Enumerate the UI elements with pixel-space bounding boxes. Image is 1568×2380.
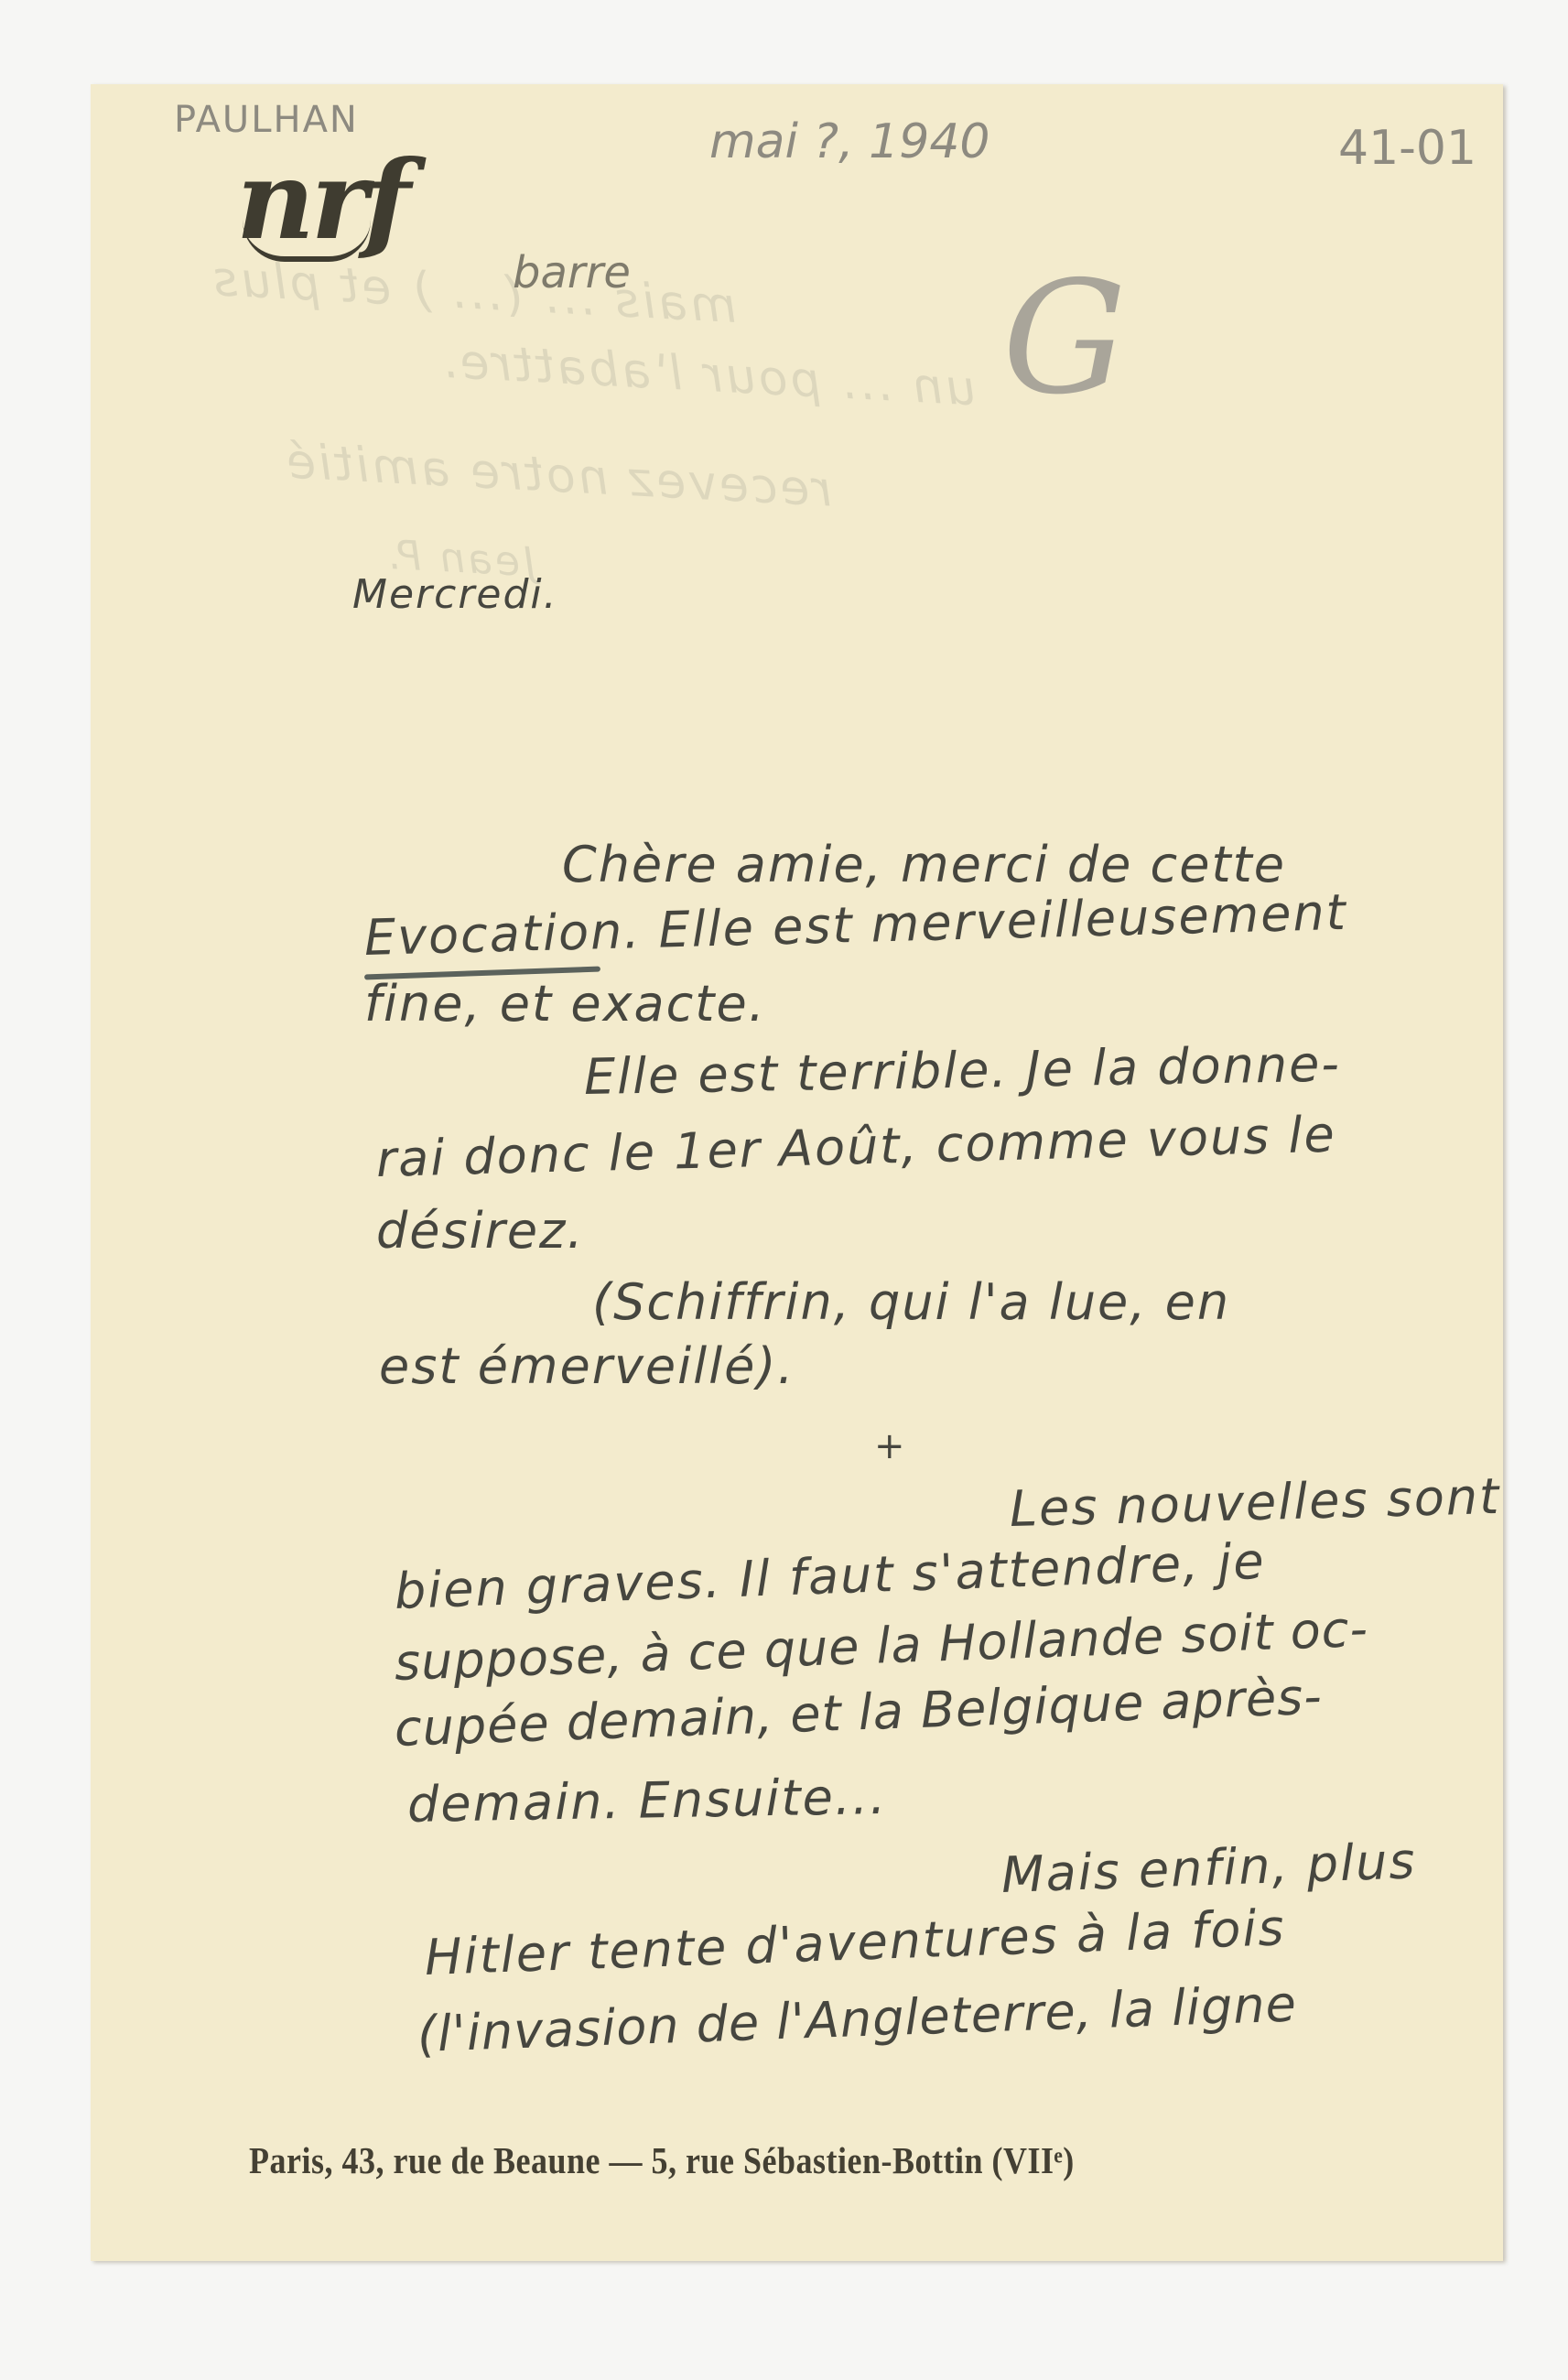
author-annotation: PAULHAN <box>174 99 359 141</box>
pencil-letter-g: G <box>1002 261 1127 416</box>
letter-line: (Schiffrin, qui l'a lue, en <box>592 1278 1230 1327</box>
letter-line: Elle est terrible. Je la donne- <box>584 1040 1342 1102</box>
section-mark: + <box>874 1428 907 1465</box>
date-annotation: mai ?, 1940 <box>709 114 990 169</box>
letter-day: Mercredi. <box>352 575 558 615</box>
letter-line: Chère amie, merci de cette <box>562 840 1286 890</box>
letter-line: Mais enfin, plus <box>1000 1836 1417 1900</box>
letter-line: fine, et exacte. <box>364 979 766 1029</box>
letterhead-address: Paris, 43, rue de Beaune — 5, rue Sébast… <box>249 2138 1075 2182</box>
letter-line: demain. Ensuite... <box>407 1772 888 1830</box>
letter-line: est émerveillé). <box>379 1342 795 1391</box>
letter-line: Les nouvelles sont <box>1009 1472 1501 1534</box>
pencil-annotation: barre <box>513 247 631 298</box>
reference-number: 41-01 <box>1338 121 1476 176</box>
letter-line: désirez. <box>376 1206 585 1256</box>
